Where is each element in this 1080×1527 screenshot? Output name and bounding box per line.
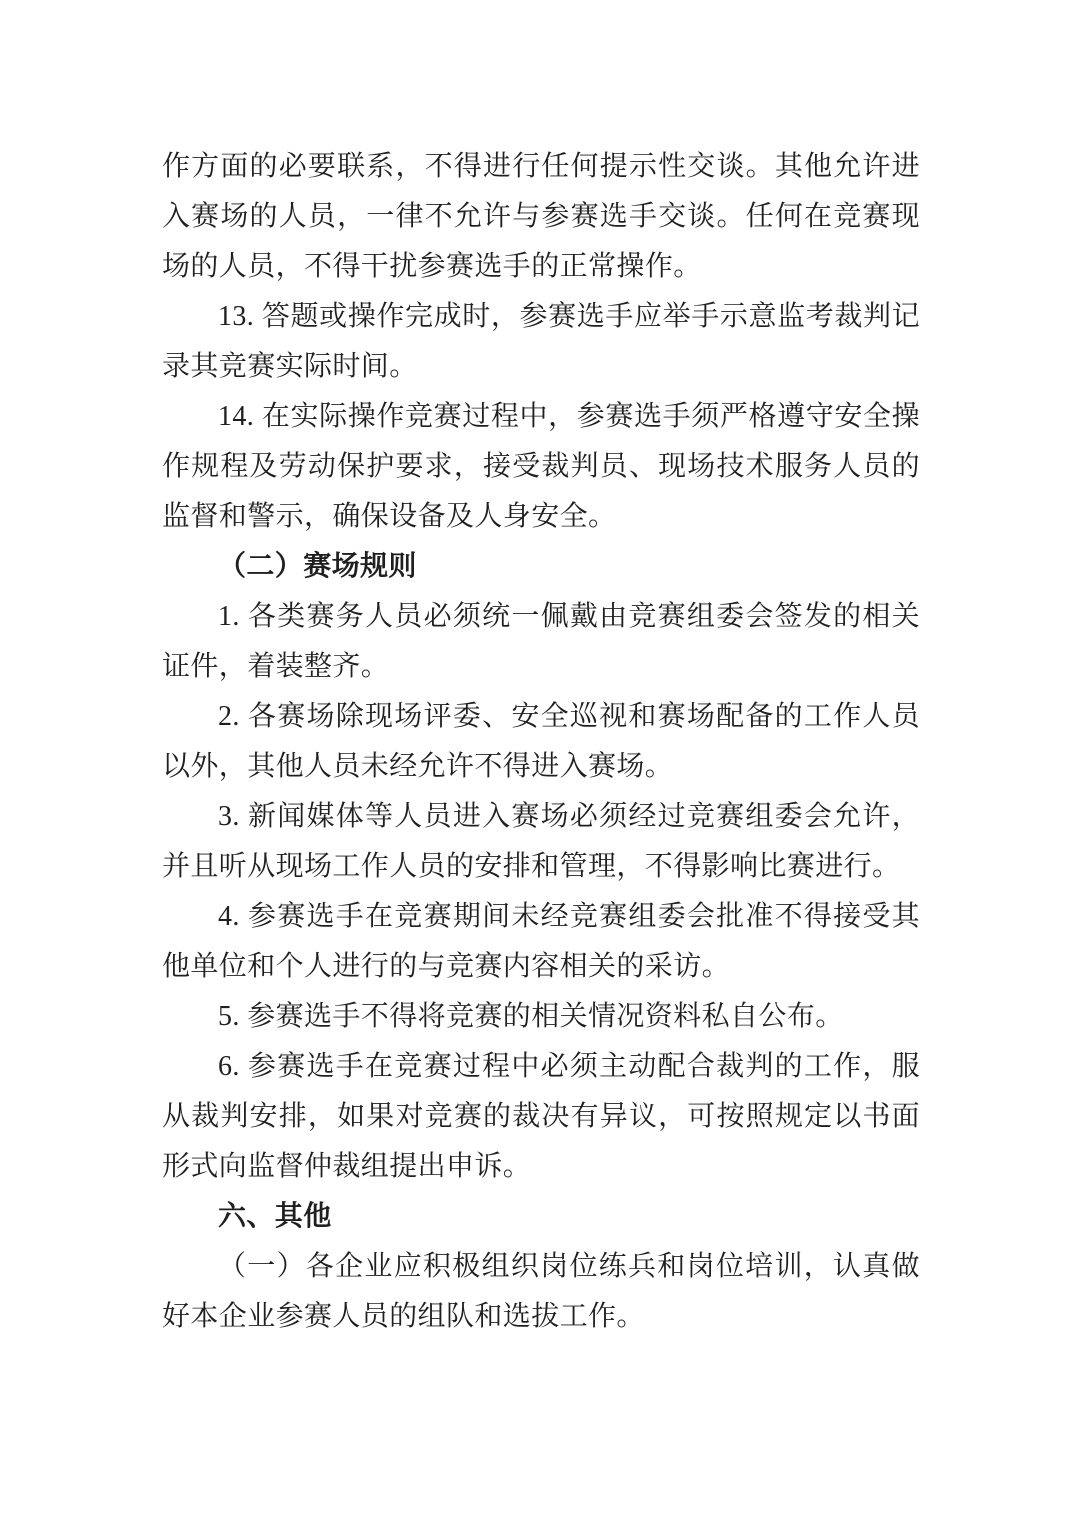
paragraph: 3. 新闻媒体等人员进入赛场必须经过竞赛组委会允许，并且听从现场工作人员的安排和…	[162, 792, 920, 892]
section-heading: （二）赛场规则	[162, 542, 920, 592]
paragraph: 2. 各赛场除现场评委、安全巡视和赛场配备的工作人员以外，其他人员未经允许不得进…	[162, 692, 920, 792]
paragraph: （一）各企业应积极组织岗位练兵和岗位培训，认真做好本企业参赛人员的组队和选拔工作…	[162, 1242, 920, 1342]
paragraph: 14. 在实际操作竞赛过程中，参赛选手须严格遵守安全操作规程及劳动保护要求，接受…	[162, 392, 920, 542]
document-page: 作方面的必要联系，不得进行任何提示性交谈。其他允许进入赛场的人员，一律不允许与参…	[0, 0, 1080, 1527]
paragraph: 13. 答题或操作完成时，参赛选手应举手示意监考裁判记录其竞赛实际时间。	[162, 292, 920, 392]
section-heading: 六、其他	[162, 1192, 920, 1242]
document-text-block: 作方面的必要联系，不得进行任何提示性交谈。其他允许进入赛场的人员，一律不允许与参…	[162, 142, 920, 1342]
paragraph: 4. 参赛选手在竞赛期间未经竞赛组委会批准不得接受其他单位和个人进行的与竞赛内容…	[162, 892, 920, 992]
paragraph: 作方面的必要联系，不得进行任何提示性交谈。其他允许进入赛场的人员，一律不允许与参…	[162, 142, 920, 292]
paragraph: 5. 参赛选手不得将竞赛的相关情况资料私自公布。	[162, 992, 920, 1042]
paragraph: 6. 参赛选手在竞赛过程中必须主动配合裁判的工作，服从裁判安排，如果对竞赛的裁决…	[162, 1042, 920, 1192]
paragraph: 1. 各类赛务人员必须统一佩戴由竞赛组委会签发的相关证件，着装整齐。	[162, 592, 920, 692]
